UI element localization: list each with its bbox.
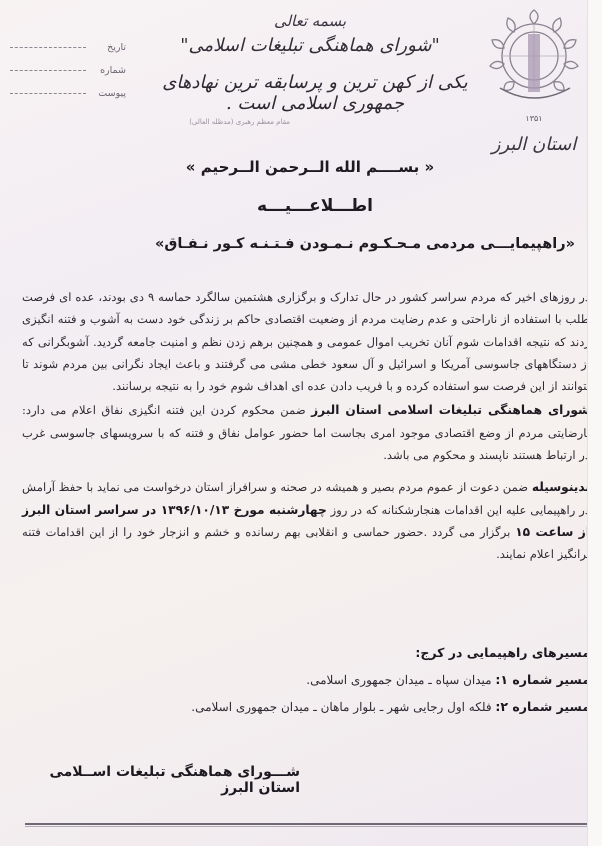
number-field: شماره <box>6 59 126 82</box>
number-line <box>10 70 86 71</box>
letter-page: تاریخ شماره پیوست بسمه تعالی "شورای هماه… <box>0 0 588 846</box>
date-line <box>10 47 86 48</box>
letterhead-fields: تاریخ شماره پیوست <box>6 36 126 105</box>
attachment-line <box>10 93 86 94</box>
notice-subject: «راهپیمایـــی مردمی مـحـکـوم نـمـودن فـت… <box>140 236 590 252</box>
council-logo: ۱۳۵۱ استان البرز <box>482 4 586 164</box>
basmala: « بســــم الله الــرحمن الــرحیم » <box>150 158 470 176</box>
quote-source: مقام معظم رهبری (مدظله العالی) <box>170 118 290 126</box>
route-label: مسیر شماره ۱: <box>495 672 590 687</box>
attachment-field: پیوست <box>6 82 126 105</box>
routes-heading: مسیرهای راهپیمایی در کرج: <box>160 640 590 666</box>
paragraph-3-lead: بدینوسیله <box>532 480 590 494</box>
footer-divider-thin <box>25 826 588 827</box>
route-item: مسیر شماره ۲: فلکه اول رجایی شهر ـ بلوار… <box>160 693 590 720</box>
route-path: میدان سپاه ـ میدان جمهوری اسلامی. <box>306 673 495 687</box>
date-label: تاریخ <box>90 42 126 53</box>
date-field: تاریخ <box>6 36 126 59</box>
paragraph-3: بدینوسیله ضمن دعوت از عموم مردم بصیر و ه… <box>22 476 590 565</box>
footer-divider <box>25 823 588 825</box>
number-label: شماره <box>90 65 126 76</box>
council-tagline: یکی از کهن ترین و پرسابقه ترین نهادهای ج… <box>140 72 490 114</box>
paragraph-3-text-2: برگزار می گردد .حضور حماسی و انقلابی بهم… <box>22 525 590 561</box>
bismeh-heading: بسمه تعالی <box>200 12 420 30</box>
route-label: مسیر شماره ۲: <box>495 699 590 714</box>
signature: شـــورای هماهنگی تبلیغات اســلامی استان … <box>20 764 300 796</box>
page-edge <box>587 0 602 846</box>
route-path: فلکه اول رجایی شهر ـ بلوار ماهان ـ میدان… <box>191 700 495 714</box>
paragraph-2: شورای هماهنگی تبلیغات اسلامی استان البرز… <box>22 399 590 466</box>
notice-title: اطـــلاعـــیـــه <box>150 196 480 216</box>
logo-province: استان البرز <box>482 134 586 155</box>
emblem-icon <box>482 4 586 114</box>
paragraph-2-org: شورای هماهنگی تبلیغات اسلامی استان البرز <box>311 403 590 417</box>
march-routes: مسیرهای راهپیمایی در کرج: مسیر شماره ۱: … <box>160 640 590 720</box>
route-item: مسیر شماره ۱: میدان سپاه ـ میدان جمهوری … <box>160 666 590 693</box>
notice-body: در روزهای اخیر که مردم سراسر کشور در حال… <box>22 286 590 568</box>
attachment-label: پیوست <box>90 88 126 99</box>
council-name: "شورای هماهنگی تبلیغات اسلامی" <box>170 35 450 56</box>
paragraph-1: در روزهای اخیر که مردم سراسر کشور در حال… <box>22 286 590 397</box>
logo-year: ۱۳۵۱ <box>482 114 586 123</box>
